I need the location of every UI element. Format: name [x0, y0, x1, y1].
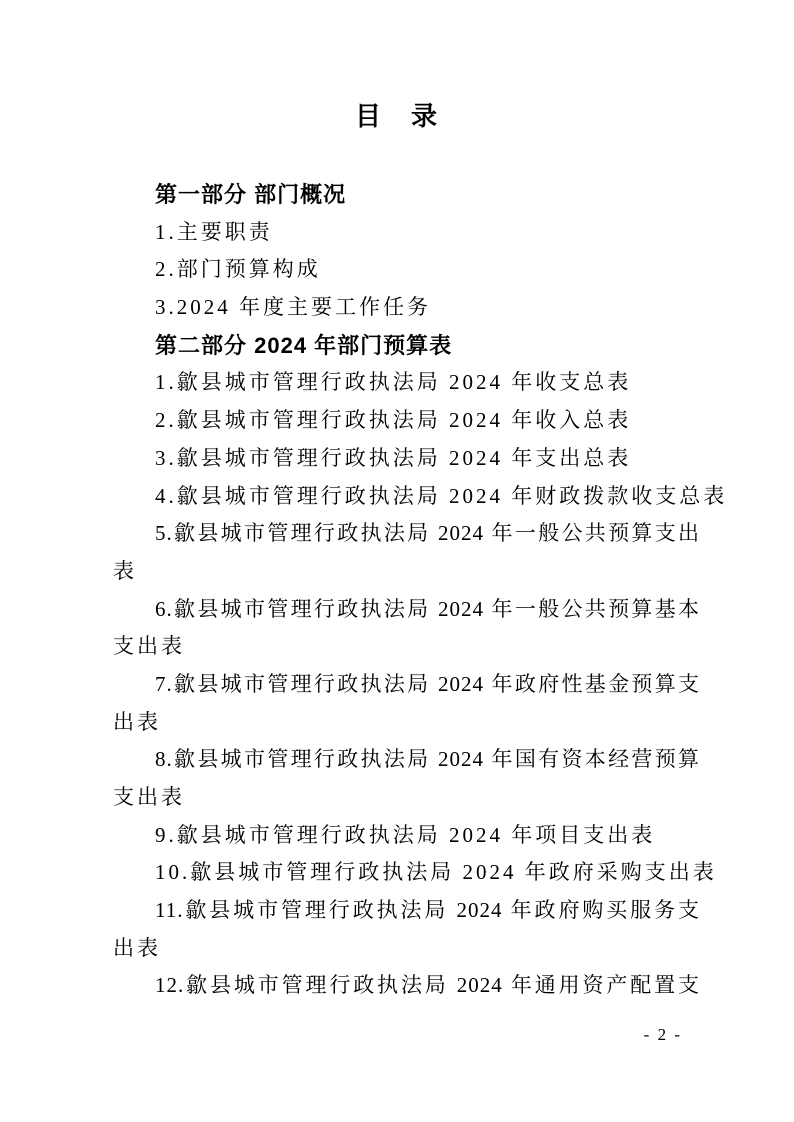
- document-title: 目 录: [0, 96, 794, 136]
- toc-item: 12.歙县城市管理行政执法局 2024 年通用资产配置支: [113, 967, 700, 1005]
- toc-item-continuation: 出表: [113, 930, 700, 968]
- page-number: - 2 -: [644, 1024, 682, 1046]
- section-heading-1: 第一部分 部门概况: [113, 176, 700, 214]
- toc-item: 9.歙县城市管理行政执法局 2024 年项目支出表: [113, 817, 700, 855]
- toc-item: 4.歙县城市管理行政执法局 2024 年财政拨款收支总表: [113, 478, 700, 516]
- document-page: 目 录 第一部分 部门概况1.主要职责2.部门预算构成3.2024 年度主要工作…: [0, 0, 794, 1122]
- toc-item: 1.主要职责: [113, 214, 700, 252]
- toc-item-continuation: 表: [113, 553, 700, 591]
- toc-item: 6.歙县城市管理行政执法局 2024 年一般公共预算基本: [113, 591, 700, 629]
- toc-item: 2.歙县城市管理行政执法局 2024 年收入总表: [113, 402, 700, 440]
- toc-item: 2.部门预算构成: [113, 251, 700, 289]
- toc-item: 3.2024 年度主要工作任务: [113, 289, 700, 327]
- toc-item: 10.歙县城市管理行政执法局 2024 年政府采购支出表: [113, 854, 700, 892]
- toc-item: 3.歙县城市管理行政执法局 2024 年支出总表: [113, 440, 700, 478]
- toc-item: 7.歙县城市管理行政执法局 2024 年政府性基金预算支: [113, 666, 700, 704]
- toc-item: 8.歙县城市管理行政执法局 2024 年国有资本经营预算: [113, 741, 700, 779]
- table-of-contents: 第一部分 部门概况1.主要职责2.部门预算构成3.2024 年度主要工作任务第二…: [113, 176, 700, 1005]
- toc-item-continuation: 支出表: [113, 628, 700, 666]
- toc-item-continuation: 支出表: [113, 779, 700, 817]
- toc-item: 1.歙县城市管理行政执法局 2024 年收支总表: [113, 364, 700, 402]
- toc-item: 11.歙县城市管理行政执法局 2024 年政府购买服务支: [113, 892, 700, 930]
- toc-item-continuation: 出表: [113, 704, 700, 742]
- toc-item: 5.歙县城市管理行政执法局 2024 年一般公共预算支出: [113, 515, 700, 553]
- section-heading-2: 第二部分 2024 年部门预算表: [113, 327, 700, 365]
